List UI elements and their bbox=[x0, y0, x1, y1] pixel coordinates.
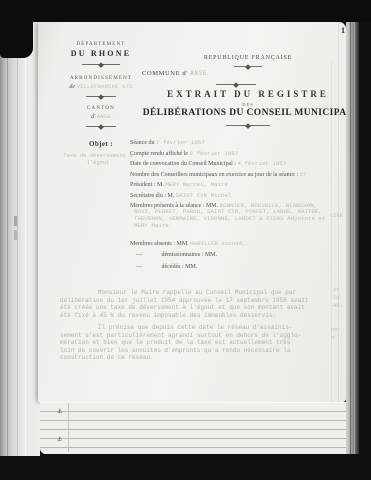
typed-names-line: BOVI, PERRET, PAROU, SAINT CYR, PONCET, … bbox=[134, 208, 354, 215]
right-page-edges bbox=[346, 20, 359, 454]
typed-body-line: été créée une taxe de déversement à l'ég… bbox=[60, 304, 338, 312]
departement-value: DU RHONE bbox=[50, 49, 152, 58]
ruled-underlying-page: ⚓ ⚓ ··· bbox=[40, 402, 352, 454]
row-label: Nombre des Conseillers municipaux en exe… bbox=[130, 172, 298, 178]
typed-body-line: sement s'est particulièrement agrandi su… bbox=[60, 332, 338, 340]
page-title: DÉLIBÉRATIONS DU CONSEIL MUNICIPAL bbox=[136, 108, 360, 118]
session-row: Nombre des Conseillers municipaux en exe… bbox=[130, 170, 354, 181]
margin-bleed-line: no- bbox=[331, 326, 341, 334]
des-subheading: DES bbox=[148, 102, 348, 107]
page-number: 1 bbox=[341, 26, 345, 35]
row-typed-value: MERY Marcel, Maire bbox=[165, 181, 228, 188]
scanner-background-corner bbox=[0, 0, 33, 58]
clamp-mark-icon: ⚓ bbox=[57, 437, 62, 443]
absents-typed-value: MARILLER excusé, bbox=[190, 240, 246, 247]
row-label: Compte rendu affiché le bbox=[130, 151, 188, 157]
margin-bleed-fragment: no- n- bbox=[331, 326, 341, 342]
typed-names-line: THEVENON, VERMAIRE, VIDONNE, LARDET & FI… bbox=[134, 215, 354, 222]
row-label: Date de convocation du Conseil Municipal… bbox=[130, 161, 236, 167]
margin-rule-line bbox=[68, 403, 69, 452]
margin-bleed-line: n- bbox=[331, 334, 341, 342]
divider-ornament bbox=[86, 94, 116, 99]
body-paragraph-2: Il précise que depuis cette date le rése… bbox=[60, 324, 338, 362]
session-row: Secrétaire élu : M. SAINT CYR Michel bbox=[130, 191, 354, 202]
divider-ornament bbox=[86, 124, 116, 129]
binding-crease bbox=[7, 20, 8, 456]
row-typed-value: 27 bbox=[300, 171, 307, 178]
typed-body-line: Monsieur le Maire rappelle au Conseil Mu… bbox=[60, 289, 338, 297]
clamp-mark-icon: ⚓ bbox=[57, 409, 62, 415]
demissionnaires-row: — démissionnaires : MM. bbox=[136, 252, 217, 258]
session-row: Compte rendu affiché le 8 février 1957 bbox=[130, 149, 354, 160]
canton-prefix: d' bbox=[91, 114, 95, 120]
commune-typed-value: ANSE bbox=[190, 70, 207, 77]
dash-mark: — bbox=[136, 252, 154, 258]
republique-heading: REPUBLIQUE FRANÇAISE bbox=[148, 55, 348, 61]
arrondissement-prefix: de bbox=[69, 84, 75, 90]
divider-ornament bbox=[226, 123, 270, 128]
commune-label: COMMUNE d' bbox=[142, 70, 188, 77]
spine-mark bbox=[14, 216, 17, 226]
divider-ornament bbox=[216, 82, 256, 87]
arrondissement-typed-value: VILLEFRANCHE S/S bbox=[77, 83, 133, 90]
spine-tiny-text: ··· bbox=[63, 416, 67, 426]
row-typed-value: 7 février 1957 bbox=[156, 139, 205, 146]
left-binding-strip bbox=[0, 20, 40, 456]
session-details: Séance du 7 février 1957 Compte rendu af… bbox=[130, 138, 354, 212]
page-edge-line bbox=[354, 20, 355, 454]
body-paragraph-1: Monsieur le Maire rappelle au Conseil Mu… bbox=[60, 289, 338, 319]
row-typed-value: 8 février 1957 bbox=[190, 150, 239, 157]
row-typed-value: SAINT CYR Michel bbox=[176, 192, 232, 199]
session-row: Séance du 7 février 1957 bbox=[130, 138, 354, 149]
margin-bleed-line: la bbox=[333, 294, 343, 302]
margin-bleed-line: st bbox=[333, 286, 343, 294]
demissionnaires-label: démissionnaires : MM. bbox=[162, 252, 218, 258]
commune-line: COMMUNE d' ANSE bbox=[142, 70, 207, 77]
departement-label: DÉPARTEMENT bbox=[50, 42, 152, 47]
extrait-heading: EXTRAIT DU REGISTRE bbox=[148, 89, 348, 99]
margin-bleed-fragment: LIEE bbox=[330, 212, 343, 220]
divider-ornament bbox=[82, 62, 120, 67]
typed-body-line: Il précise que depuis cette date le rése… bbox=[60, 324, 338, 332]
decedes-label: décédés : MM. bbox=[162, 264, 198, 270]
typed-body-line: construction de ce réseau. bbox=[60, 354, 338, 362]
binding-crease bbox=[25, 20, 26, 456]
row-typed-value: 4 février 1957 bbox=[237, 160, 286, 167]
scanner-background-top bbox=[0, 0, 371, 22]
row-label: Président : M. bbox=[130, 182, 164, 188]
arrondissement-line: de VILLEFRANCHE S/S bbox=[50, 83, 152, 90]
page-edge-line bbox=[350, 20, 351, 454]
divider-ornament bbox=[234, 64, 262, 69]
session-row: Date de convocation du Conseil Municipal… bbox=[130, 159, 354, 170]
margin-bleed-line: 46. bbox=[333, 302, 343, 310]
row-label: Secrétaire élu : M. bbox=[130, 193, 174, 199]
session-row: Président : M. MERY Marcel, Maire bbox=[130, 180, 354, 191]
decedes-row: — décédés : MM. bbox=[136, 264, 197, 270]
members-present-typed-lines: BOVI, PERRET, PAROU, SAINT CYR, PONCET, … bbox=[134, 208, 354, 230]
dash-mark: — bbox=[136, 264, 154, 270]
typed-body-line: loin de couvrir les annuités d'emprunts … bbox=[60, 347, 338, 355]
members-absent-row: Membres absents : MM. MARILLER excusé, bbox=[130, 240, 246, 247]
typed-names-line: MERY Maire bbox=[134, 222, 354, 229]
scanned-register-page: DÉPARTEMENT DU RHONE ARRONDISSEMENT de V… bbox=[0, 0, 371, 480]
arrondissement-label: ARRONDISSEMENT bbox=[50, 76, 152, 81]
canton-typed-value: ANSE bbox=[97, 113, 111, 120]
document-page: DÉPARTEMENT DU RHONE ARRONDISSEMENT de V… bbox=[38, 22, 346, 402]
typed-body-line: délibération du 1er juillet 1954 approuv… bbox=[60, 297, 338, 305]
absents-label: Membres absents : MM. bbox=[130, 241, 189, 247]
typed-body-line: été fixé à 45 % du revenu imposable des … bbox=[60, 312, 338, 320]
margin-bleed-fragment: st la 46. bbox=[333, 286, 343, 310]
typed-body-line: mération et bien que le produit de la ta… bbox=[60, 339, 338, 347]
binding-crease bbox=[17, 20, 18, 456]
row-label: Séance du bbox=[130, 140, 155, 146]
